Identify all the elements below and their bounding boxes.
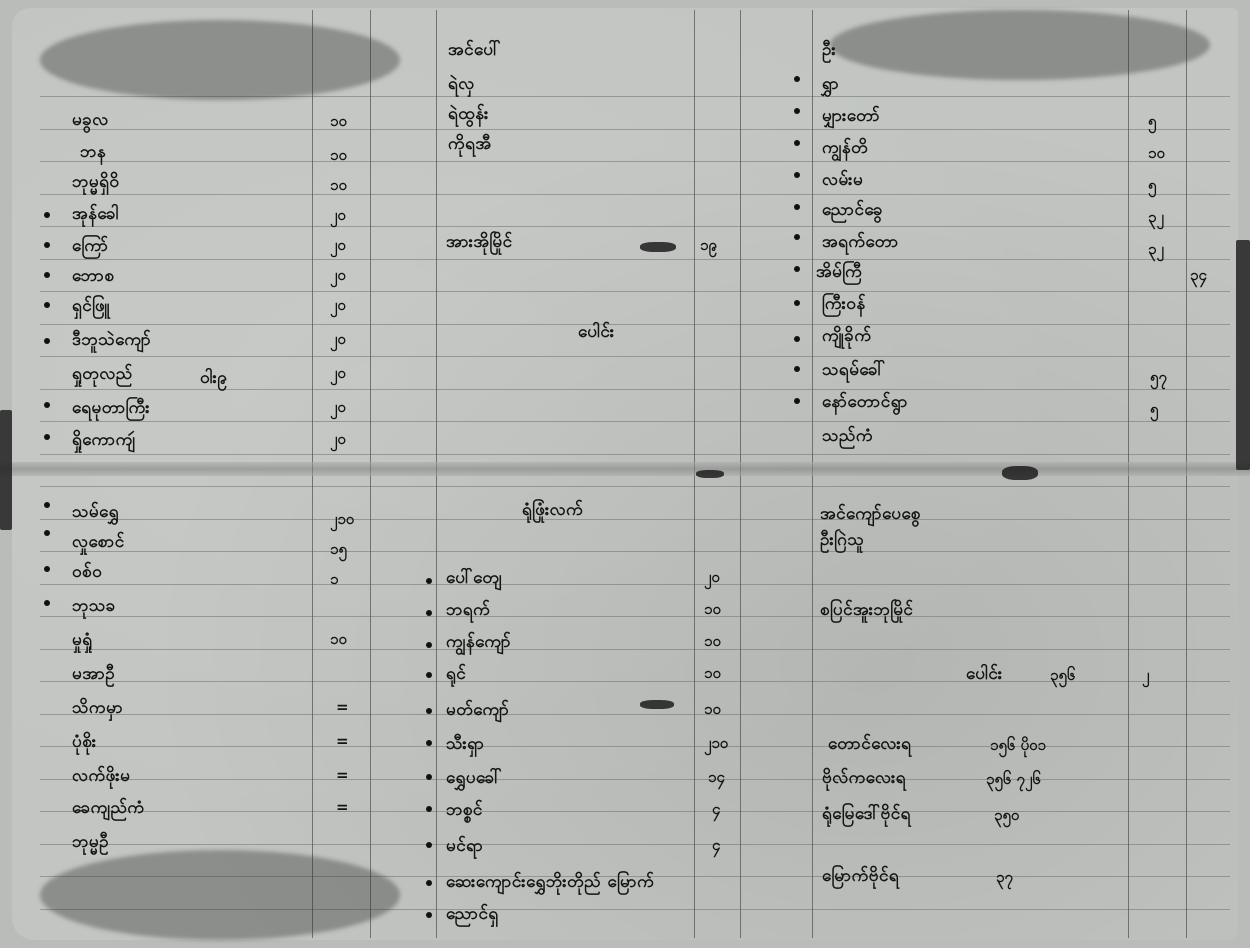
entry-name: လက်ဖိုးမ: [72, 766, 130, 786]
ruled-line: [40, 226, 1230, 227]
entry-name: သီးရှာ: [446, 734, 485, 754]
annotation: ဝါး၉: [200, 368, 227, 388]
entry-name: ဘုမ္မရှိဝိ: [72, 172, 119, 192]
entry-value: ၂၀: [330, 430, 346, 452]
bullet-dot: [794, 204, 800, 210]
entry-value: ၁၀: [704, 632, 721, 654]
entry-value: =: [336, 698, 349, 716]
ruled-line: [40, 324, 1230, 325]
entry-name: ကြော်: [72, 236, 109, 256]
entry-value: =: [336, 732, 349, 750]
entry-name: ဘောစ: [72, 266, 115, 286]
ruled-line: [40, 551, 1230, 552]
damaged-area: [40, 850, 400, 940]
bullet-dot: [794, 366, 800, 372]
section-heading: ရုံဖြုံးလက်: [522, 500, 583, 520]
entry-name: ညောင်ရှ: [446, 904, 499, 924]
ruled-line: [40, 421, 1230, 422]
bullet-dot: [794, 76, 800, 82]
entry-value: ၄: [712, 836, 720, 858]
entry-name: လမ်းမ: [822, 170, 863, 190]
bullet-dot: [426, 642, 432, 648]
entry-name: အားအိုမြိုင်: [446, 232, 513, 252]
entry-name: ကြီးဝန်: [822, 294, 866, 314]
ruled-line: [40, 649, 1230, 650]
entry-name: မတ်ကျော်: [446, 700, 509, 720]
entry-name: ကျွန်ကျော်: [446, 632, 511, 652]
entry-name: ရေမုတာကြီး: [72, 398, 150, 418]
torn-edge: [1236, 240, 1250, 470]
ink-blot: [696, 470, 724, 478]
entry-value: ၂၀: [330, 364, 346, 386]
entry-name: မင်ရာ: [446, 836, 483, 856]
ruled-line: [40, 811, 1230, 812]
summary-label: ရုံမြေဒေါ်ဗိုင်ရ: [822, 804, 911, 824]
entry-name: ရှိုကောကျဴ: [72, 430, 135, 450]
entry-value: ၅: [1148, 176, 1156, 198]
ruled-line: [40, 259, 1230, 260]
entry-value: =: [336, 766, 349, 784]
entry-value: ၁၀: [330, 176, 347, 198]
entry-name: ဘစ္စင်: [446, 800, 483, 820]
entry-name: ရုင်: [446, 664, 466, 684]
damaged-area: [40, 20, 400, 100]
entry-value: ၁၀: [330, 112, 347, 134]
bullet-dot: [426, 806, 432, 812]
entry-value: ၂၀: [330, 330, 346, 352]
ink-blot: [1002, 466, 1038, 480]
entry-value: ၂၁၀: [704, 734, 728, 756]
entry-name: ပေါ်တျေ: [446, 568, 502, 588]
entry-name: သိကမှာ: [72, 698, 123, 718]
section-heading: ပေါင်း: [578, 322, 615, 342]
summary-value: ၁၅၆ ပို၀၁: [990, 736, 1046, 758]
entry-value: ၁၉: [700, 236, 717, 258]
bullet-dot: [794, 140, 800, 146]
entry-name: ရှင်ဖြူ: [72, 296, 110, 316]
summary-label: ဗိုလ်ကလေးရ: [822, 768, 906, 788]
entry-name: အုန်ခေါ: [72, 204, 119, 224]
entry-value: ၂၀: [330, 266, 346, 288]
entry-name: ရွှာ: [822, 74, 839, 94]
entry-name: မျှားတော်: [822, 106, 880, 126]
ruled-line: [40, 486, 1230, 487]
entry-name: ဒီဘူသဲကျော်: [72, 330, 151, 350]
bullet-dot: [426, 912, 432, 918]
entry-name: နော်တောင်ရွာ: [822, 392, 908, 412]
entry-value: ၂၀: [330, 296, 346, 318]
ruled-line: [40, 389, 1230, 390]
total-label: ပေါင်း: [966, 664, 1003, 684]
entry-name: သရမ်ခေါ်: [822, 360, 886, 380]
bullet-dot: [794, 234, 800, 240]
ruled-line: [40, 844, 1230, 845]
bullet-dot: [794, 398, 800, 404]
ruled-line: [40, 291, 1230, 292]
bullet-dot: [44, 600, 50, 606]
manuscript-photo: မခွလ ဘန ဘုမ္မရှိဝိ အုန်ခေါ ကြော် ဘောစ ရှ…: [0, 0, 1250, 948]
ruled-line: [40, 129, 1230, 130]
entry-value: ၅၇: [1150, 368, 1167, 390]
bullet-dot: [44, 434, 50, 440]
bullet-dot: [44, 566, 50, 572]
ruled-line: [40, 714, 1230, 715]
bullet-dot: [794, 108, 800, 114]
ruled-line: [40, 584, 1230, 585]
bullet-dot: [794, 266, 800, 272]
summary-value: ၃၇: [996, 868, 1013, 890]
ruled-line: [40, 356, 1230, 357]
entry-value: ၁၀: [330, 630, 347, 652]
bullet-dot: [44, 242, 50, 248]
bullet-dot: [44, 302, 50, 308]
bullet-dot: [794, 300, 800, 306]
page-fold: [0, 462, 1250, 476]
entry-name: ကျိုခိုက်: [822, 326, 871, 346]
bullet-dot: [794, 336, 800, 342]
ruled-line: [40, 779, 1230, 780]
entry-value: ၁၄: [708, 768, 725, 790]
entry-name: ဆေးကျောင်းရွှေဘိုးတိုည် မြောက်: [446, 872, 654, 892]
entry-name: ပုံစိုး: [72, 732, 97, 752]
entry-name: မအာဦ: [72, 664, 115, 684]
ruled-line: [40, 454, 1230, 455]
entry-value: ၁၅: [330, 540, 347, 562]
summary-label: တောင်လေးရ: [828, 734, 911, 754]
entry-name: အင်ကျော်ပေစွေ: [820, 504, 921, 524]
entry-name: ဘုသခ: [72, 596, 116, 616]
entry-name: သမ်ရွှေ: [72, 502, 119, 522]
entry-value: ၂၀: [330, 206, 346, 228]
bullet-dot: [426, 672, 432, 678]
bullet-dot: [426, 774, 432, 780]
entry-value: ၂၀: [704, 568, 720, 590]
entry-name: ရှုတုလည်: [72, 364, 133, 384]
entry-value: ၂၀: [330, 398, 346, 420]
entry-name: စပြင်အူးဘုမြိုင်: [820, 600, 913, 620]
entry-name: ဘန: [80, 142, 106, 162]
entry-value: ၃၄: [1190, 266, 1207, 288]
damaged-area: [830, 10, 1210, 80]
bullet-dot: [44, 272, 50, 278]
entry-name: သည်ကံ: [822, 426, 873, 446]
summary-value: ၃၅၀: [994, 806, 1019, 828]
ruled-line: [40, 194, 1230, 195]
ink-blot: [640, 242, 676, 252]
summary-value: ၃၅၆ ၇၂၆: [986, 770, 1041, 792]
entry-value: ၃၂: [1148, 240, 1164, 262]
entry-name: ရဲထွန်း: [448, 104, 489, 124]
ruled-line: [40, 616, 1230, 617]
bullet-dot: [794, 172, 800, 178]
entry-name: မှုရှုံ: [72, 630, 92, 650]
entry-name: ညောင်ခွေ: [822, 200, 883, 220]
bullet-dot: [426, 708, 432, 714]
entry-value: ၄: [712, 800, 720, 822]
ink-blot: [640, 700, 674, 709]
entry-value: ၁၀: [704, 664, 721, 686]
bullet-dot: [44, 502, 50, 508]
bullet-dot: [426, 578, 432, 584]
bullet-dot: [426, 610, 432, 616]
ruled-line: [40, 746, 1230, 747]
entry-name: ဘရက်: [446, 600, 490, 620]
entry-name: အိမ်ကြီ: [816, 262, 862, 282]
torn-edge: [0, 410, 12, 530]
total-value: ၃၅၆: [1050, 666, 1075, 688]
entry-value: ၂၀: [330, 236, 346, 258]
entry-value: ၁၀: [330, 146, 347, 168]
bullet-dot: [44, 338, 50, 344]
entry-value: ၅: [1148, 112, 1156, 134]
entry-name: အင်ပေါ်: [448, 40, 501, 60]
bullet-dot: [426, 842, 432, 848]
entry-name: ခေကျည်ကံ: [72, 798, 145, 818]
bullet-dot: [426, 880, 432, 886]
entry-name: ဝစ်ဝ: [72, 562, 102, 582]
entry-name: လှုစောင်: [72, 532, 125, 552]
entry-value: ၃၂: [1148, 208, 1164, 230]
bullet-dot: [44, 402, 50, 408]
ruled-line: [40, 519, 1230, 520]
bullet-dot: [44, 212, 50, 218]
summary-label: မြောက်ဗိုင်ရ: [822, 866, 899, 886]
entry-name: ကိုရအီ: [448, 134, 492, 154]
bullet-dot: [44, 530, 50, 536]
entry-name: ရွှေပခေါ်: [446, 768, 502, 788]
entry-name: ဘုမ္မဦ: [72, 832, 109, 852]
entry-name: ကျွန်တိ: [822, 138, 868, 158]
entry-name: ဦးဂြဲသူ: [820, 530, 864, 550]
entry-value: ၅: [1150, 400, 1158, 422]
entry-value: ၁၀: [704, 700, 721, 722]
entry-name: အရက်တော: [822, 232, 899, 252]
entry-value: ၁၀: [704, 600, 721, 622]
entry-value: ၂၁၀: [330, 510, 354, 532]
entry-name: မခွလ: [72, 110, 109, 130]
entry-value: =: [336, 798, 349, 816]
total-extra: ၂: [1142, 666, 1149, 688]
entry-value: ၁: [330, 570, 338, 592]
entry-value: ၁၀: [1148, 144, 1165, 166]
ruled-line: [40, 161, 1230, 162]
bullet-dot: [426, 740, 432, 746]
entry-name: ရဲလှ: [448, 74, 475, 94]
